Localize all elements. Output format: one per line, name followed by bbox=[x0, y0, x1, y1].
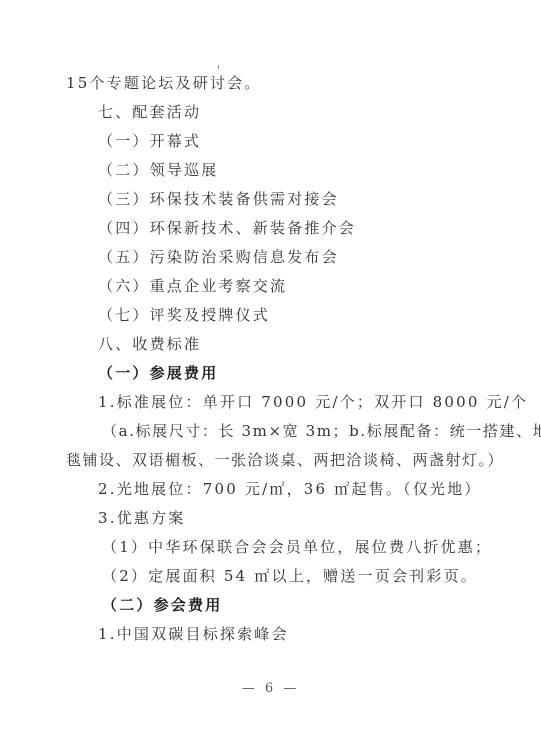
list-item-matchmaking: （三）环保技术装备供需对接会 bbox=[98, 190, 339, 208]
text-line-continuation: 15个专题论坛及研讨会。 bbox=[66, 74, 262, 92]
standard-booth-price: 1.标准展位：单开口 7000 元/个；双开口 8000 元/个 bbox=[98, 393, 528, 411]
section-heading-7: 七、配套活动 bbox=[98, 103, 201, 121]
list-item-leader-tour: （二）领导巡展 bbox=[98, 161, 218, 179]
subheading-exhibition-fees: （一）参展费用 bbox=[98, 364, 218, 382]
list-item-promotion: （四）环保新技术、新装备推介会 bbox=[98, 219, 356, 237]
standard-booth-spec-continued: 毯铺设、双语楣板、一张洽谈桌、两把洽谈椅、两盏射灯。） bbox=[66, 451, 504, 469]
scan-artifact bbox=[218, 65, 219, 69]
section-heading-8: 八、收费标准 bbox=[98, 335, 201, 353]
document-page: 15个专题论坛及研讨会。 七、配套活动 （一）开幕式 （二）领导巡展 （三）环保… bbox=[0, 0, 541, 732]
page-number: — 6 — bbox=[0, 681, 541, 696]
list-item-opening: （一）开幕式 bbox=[98, 132, 201, 150]
discount-heading: 3.优惠方案 bbox=[98, 509, 186, 527]
list-item-site-visit: （六）重点企业考察交流 bbox=[98, 277, 287, 295]
discount-member: （1）中华环保联合会会员单位，展位费八折优惠； bbox=[102, 538, 492, 556]
list-item-awards: （七）评奖及授牌仪式 bbox=[98, 306, 270, 324]
summit-item: 1.中国双碳目标探索峰会 bbox=[98, 625, 289, 643]
subheading-attendance-fees: （二）参会费用 bbox=[102, 596, 222, 614]
discount-area: （2）定展面积 54 ㎡以上，赠送一页会刊彩页。 bbox=[102, 567, 478, 585]
list-item-procurement: （五）污染防治采购信息发布会 bbox=[98, 248, 339, 266]
raw-space-price: 2.光地展位：700 元/㎡，36 ㎡起售。（仅光地） bbox=[98, 480, 482, 498]
standard-booth-spec: （a.标展尺寸：长 3m×宽 3m；b.标展配备：统一搭建、地 bbox=[102, 422, 541, 440]
